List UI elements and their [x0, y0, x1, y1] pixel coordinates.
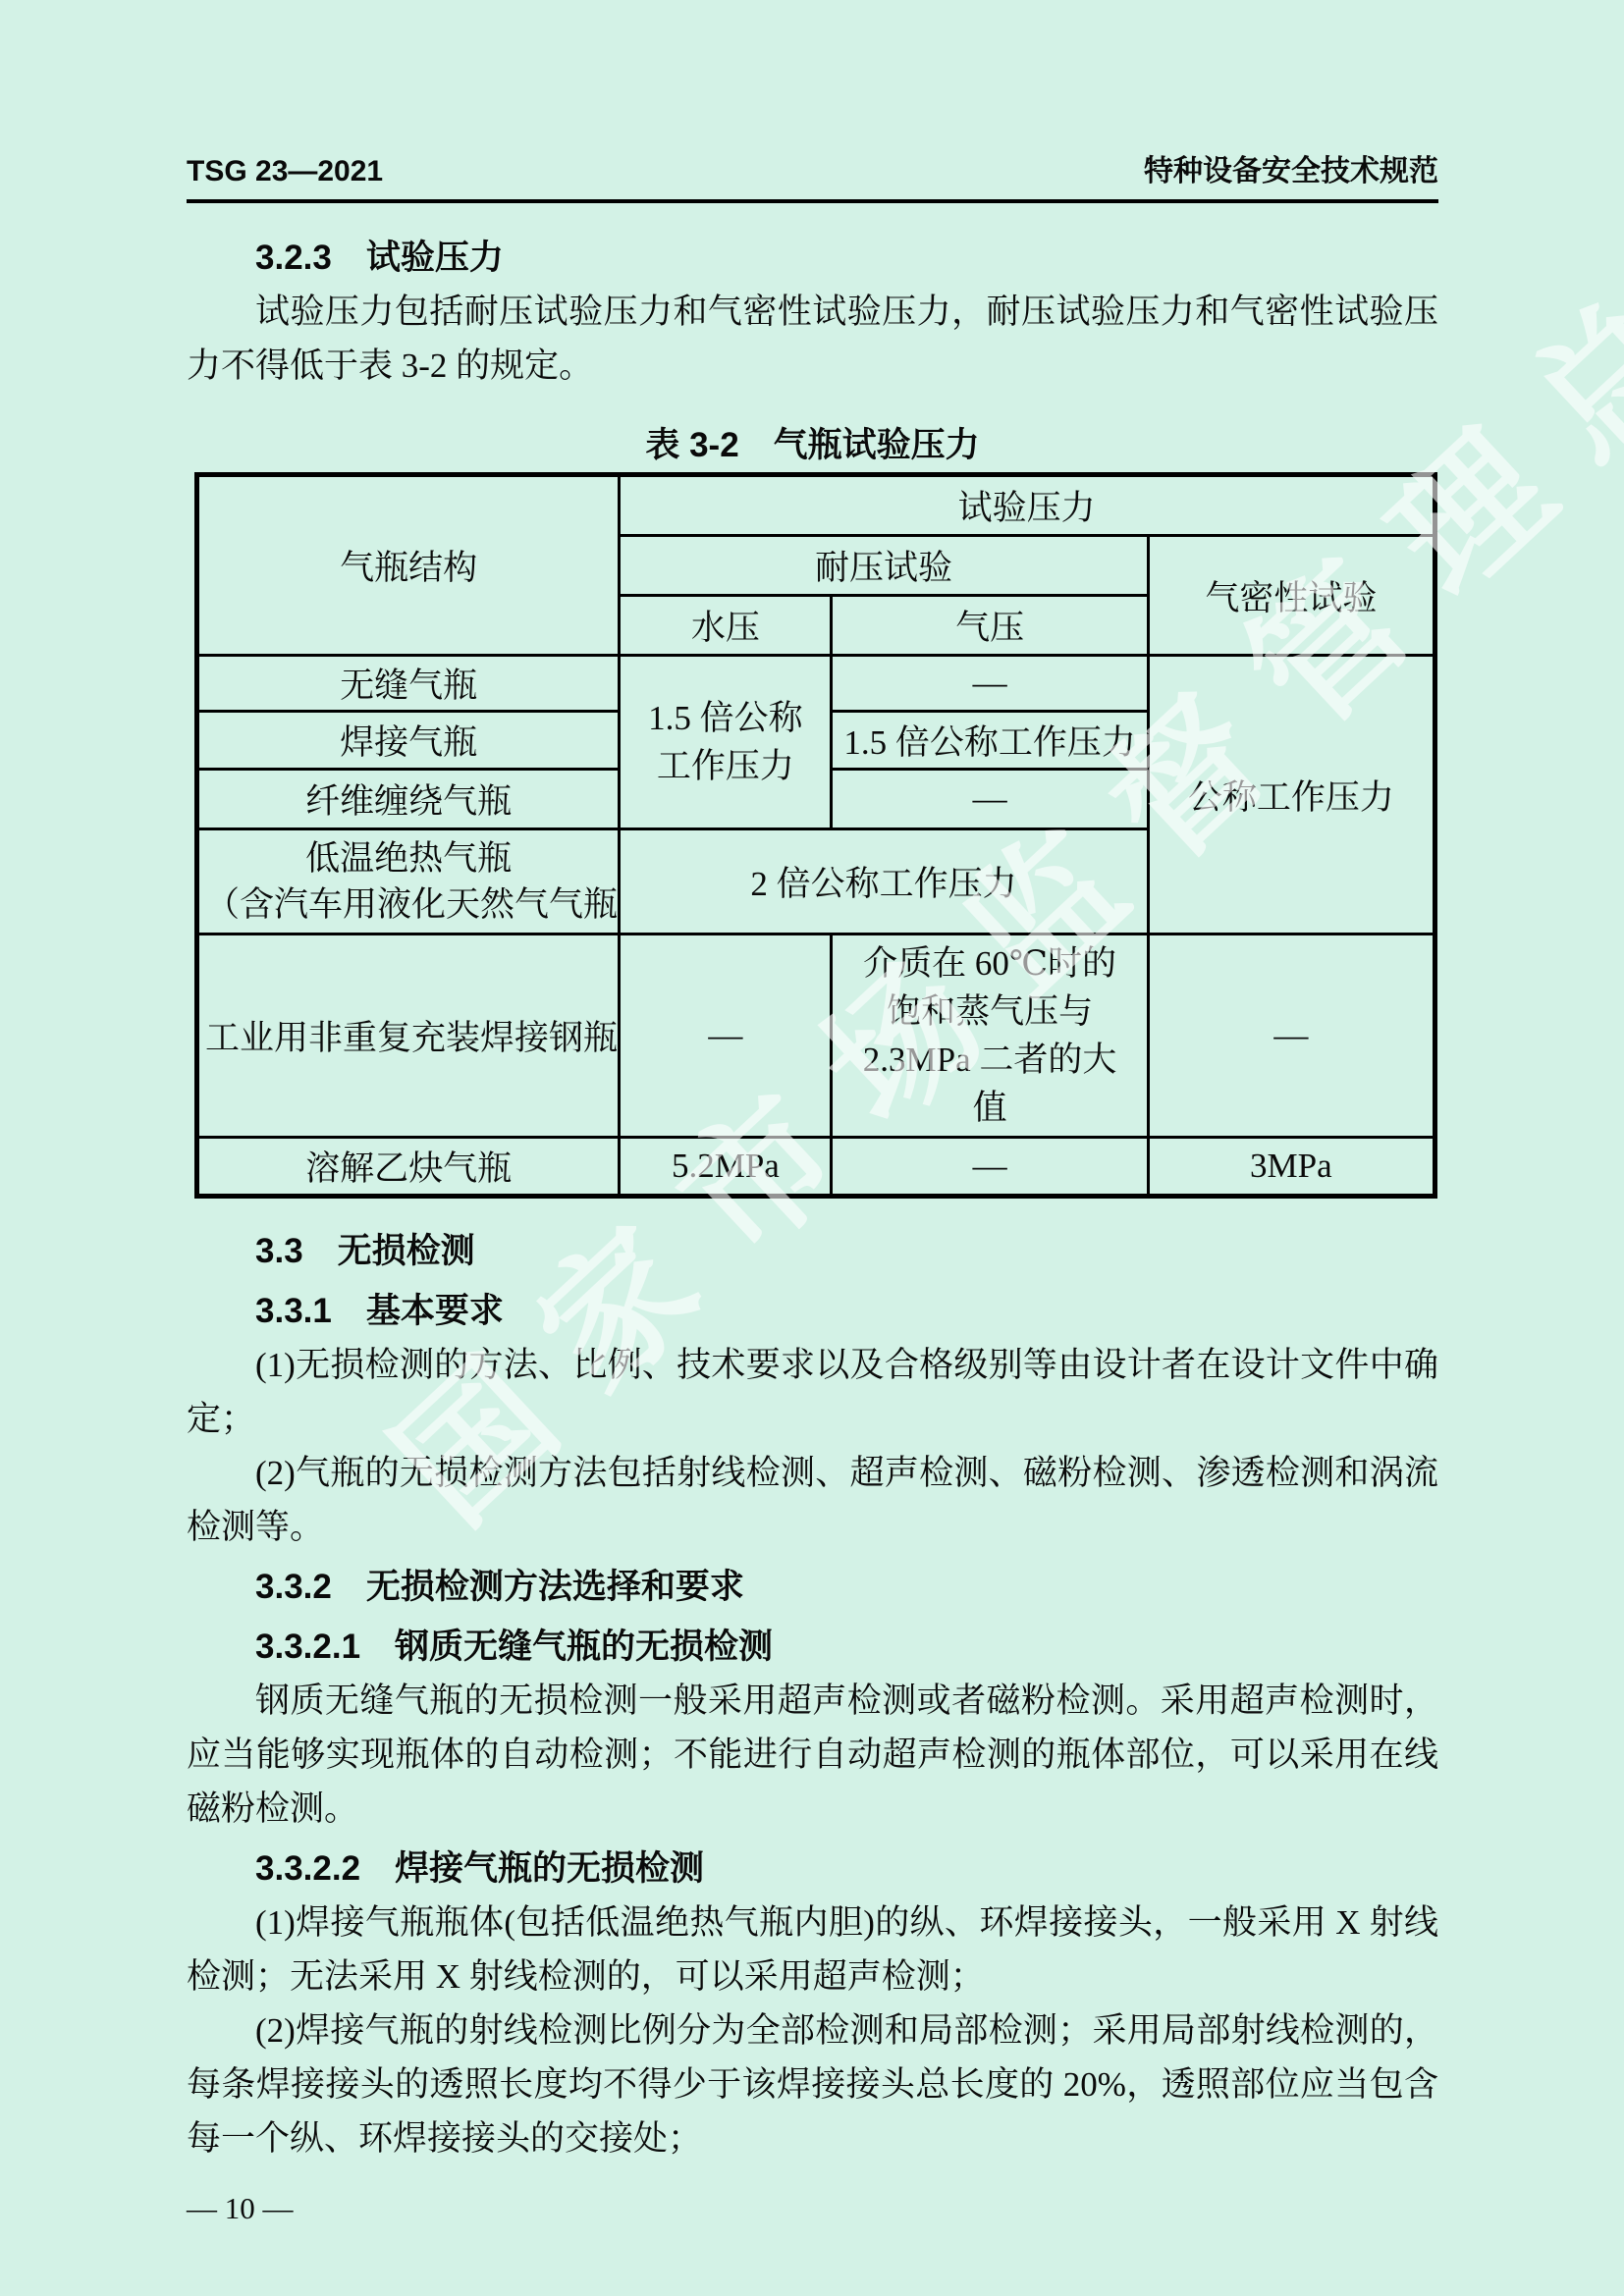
paragraph-ndt-methods: (1)无损检测的方法、比例、技术要求以及合格级别等由设计者在设计文件中确定；: [187, 1338, 1438, 1446]
cell-tightness-nominal: 公称工作压力: [1148, 656, 1435, 934]
table-row: 工业用非重复充装焊接钢瓶 — 介质在 60℃时的饱和蒸气压与 2.3MPa 二者…: [197, 934, 1435, 1138]
cell-nonrefillable-hydraulic: —: [620, 934, 832, 1138]
doc-title: 特种设备安全技术规范: [1144, 153, 1438, 190]
cell-welded-name: 焊接气瓶: [197, 712, 620, 770]
section-heading-3-3-1: 3.3.1 基本要求: [187, 1284, 1438, 1338]
page-number: — 10 —: [187, 2189, 1438, 2228]
cell-acetylene-pneumatic: —: [832, 1138, 1148, 1197]
paragraph-welded-ndt-1: (1)焊接气瓶瓶体(包括低温绝热气瓶内胆)的纵、环焊接接头，一般采用 X 射线检…: [187, 1896, 1438, 2003]
cell-welded-pneumatic: 1.5 倍公称工作压力: [832, 712, 1148, 770]
cell-fiber-name: 纤维缠绕气瓶: [197, 770, 620, 829]
section-heading-3-2-3: 3.2.3 试验压力: [187, 231, 1438, 285]
cell-fiber-pneumatic: —: [832, 770, 1148, 829]
table-header-tightness-test: 气密性试验: [1148, 536, 1435, 656]
cell-acetylene-tightness: 3MPa: [1148, 1138, 1435, 1197]
cell-cryogenic-name-line2: （含汽车用液化天然气气瓶）: [205, 881, 612, 928]
section-heading-3-3-2-2: 3.3.2.2 焊接气瓶的无损检测: [187, 1842, 1438, 1896]
table-header-hydraulic: 水压: [620, 596, 832, 656]
paragraph-test-pressure: 试验压力包括耐压试验压力和气密性试验压力，耐压试验压力和气密性试验压力不得低于表…: [187, 285, 1438, 393]
cell-acetylene-hydraulic: 5.2MPa: [620, 1138, 832, 1197]
section-heading-3-3-2-1: 3.3.2.1 钢质无缝气瓶的无损检测: [187, 1620, 1438, 1674]
cell-nonrefillable-tightness: —: [1148, 934, 1435, 1138]
cell-seamless-pneumatic: —: [832, 656, 1148, 712]
cell-nonrefillable-pneumatic: 介质在 60℃时的饱和蒸气压与 2.3MPa 二者的大值: [832, 934, 1148, 1138]
table-header-burst-test: 耐压试验: [620, 536, 1148, 596]
section-heading-3-3: 3.3 无损检测: [187, 1224, 1438, 1278]
header-divider: [187, 199, 1438, 203]
document-page: TSG 23—2021 特种设备安全技术规范 3.2.3 试验压力 试验压力包括…: [0, 0, 1624, 2296]
paragraph-welded-ndt-2: (2)焊接气瓶的射线检测比例分为全部检测和局部检测；采用局部射线检测的，每条焊接…: [187, 2003, 1438, 2165]
cell-hydraulic-1-5x: 1.5 倍公称工作压力: [620, 656, 832, 829]
paragraph-seamless-ndt: 钢质无缝气瓶的无损检测一般采用超声检测或者磁粉检测。采用超声检测时，应当能够实现…: [187, 1674, 1438, 1836]
table-header-pneumatic: 气压: [832, 596, 1148, 656]
cell-seamless-name: 无缝气瓶: [197, 656, 620, 712]
test-pressure-table: 气瓶结构 试验压力 耐压试验 气密性试验 水压 气压 无缝气瓶 1.5 倍公称工…: [194, 472, 1437, 1199]
cell-nonrefillable-name: 工业用非重复充装焊接钢瓶: [197, 934, 620, 1138]
cell-cryogenic-name: 低温绝热气瓶 （含汽车用液化天然气气瓶）: [197, 829, 620, 934]
cell-cryogenic-name-line1: 低温绝热气瓶: [205, 835, 612, 881]
page-header: TSG 23—2021 特种设备安全技术规范: [187, 153, 1438, 190]
table-row: 无缝气瓶 1.5 倍公称工作压力 — 公称工作压力: [197, 656, 1435, 712]
doc-code: TSG 23—2021: [187, 153, 383, 190]
table-row: 溶解乙炔气瓶 5.2MPa — 3MPa: [197, 1138, 1435, 1197]
paragraph-ndt-types: (2)气瓶的无损检测方法包括射线检测、超声检测、磁粉检测、渗透检测和涡流检测等。: [187, 1446, 1438, 1554]
cell-acetylene-name: 溶解乙炔气瓶: [197, 1138, 620, 1197]
table-header-test-pressure: 试验压力: [620, 475, 1435, 536]
table-header-structure: 气瓶结构: [197, 475, 620, 656]
section-heading-3-3-2: 3.3.2 无损检测方法选择和要求: [187, 1560, 1438, 1614]
cell-cryogenic-pressure: 2 倍公称工作压力: [620, 829, 1148, 934]
table-caption: 表 3-2 气瓶试验压力: [187, 418, 1438, 472]
